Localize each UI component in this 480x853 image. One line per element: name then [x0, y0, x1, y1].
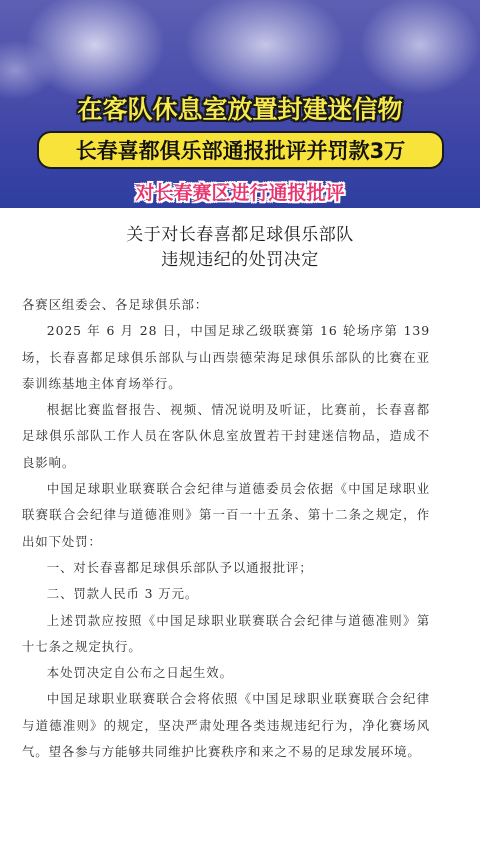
- headline-secondary: 长春喜都俱乐部通报批评并罚款3万: [76, 135, 406, 165]
- penalty-item-2: 二、罚款人民币 3 万元。: [22, 581, 430, 607]
- paragraph-findings: 根据比赛监督报告、视频、情况说明及听证，比赛前，长春喜都足球俱乐部队工作人员在客…: [22, 397, 430, 476]
- headline-primary: 在客队休息室放置封建迷信物: [0, 90, 480, 126]
- penalty-document: 关于对长春喜都足球俱乐部队 违规违纪的处罚决定 各赛区组委会、各足球俱乐部： 2…: [0, 208, 480, 853]
- headline-banner: 在客队休息室放置封建迷信物 长春喜都俱乐部通报批评并罚款3万 对长春赛区进行通报…: [0, 0, 480, 208]
- salutation: 各赛区组委会、各足球俱乐部：: [22, 292, 430, 318]
- paragraph-fine-execution: 上述罚款应按照《中国足球职业联赛联合会纪律与道德准则》第十七条之规定执行。: [22, 608, 430, 661]
- paragraph-closing: 中国足球职业联赛联合会将依照《中国足球职业联赛联合会纪律与道德准则》的规定，坚决…: [22, 686, 430, 765]
- paragraph-basis: 中国足球职业联赛联合会纪律与道德委员会依据《中国足球职业联赛联合会纪律与道德准则…: [22, 476, 430, 555]
- penalty-item-1: 一、对长春喜都足球俱乐部队予以通报批评；: [22, 555, 430, 581]
- headline-pill: 长春喜都俱乐部通报批评并罚款3万: [37, 131, 444, 169]
- headline-tertiary: 对长春赛区进行通报批评: [0, 178, 480, 205]
- paragraph-effective: 本处罚决定自公布之日起生效。: [22, 660, 430, 686]
- paragraph-match-info: 2025 年 6 月 28 日，中国足球乙级联赛第 16 轮场序第 139 场，…: [22, 318, 430, 397]
- document-title-line-2: 违规违纪的处罚决定: [0, 245, 480, 270]
- document-body: 各赛区组委会、各足球俱乐部： 2025 年 6 月 28 日，中国足球乙级联赛第…: [22, 292, 430, 765]
- document-title-line-1: 关于对长春喜都足球俱乐部队: [0, 220, 480, 245]
